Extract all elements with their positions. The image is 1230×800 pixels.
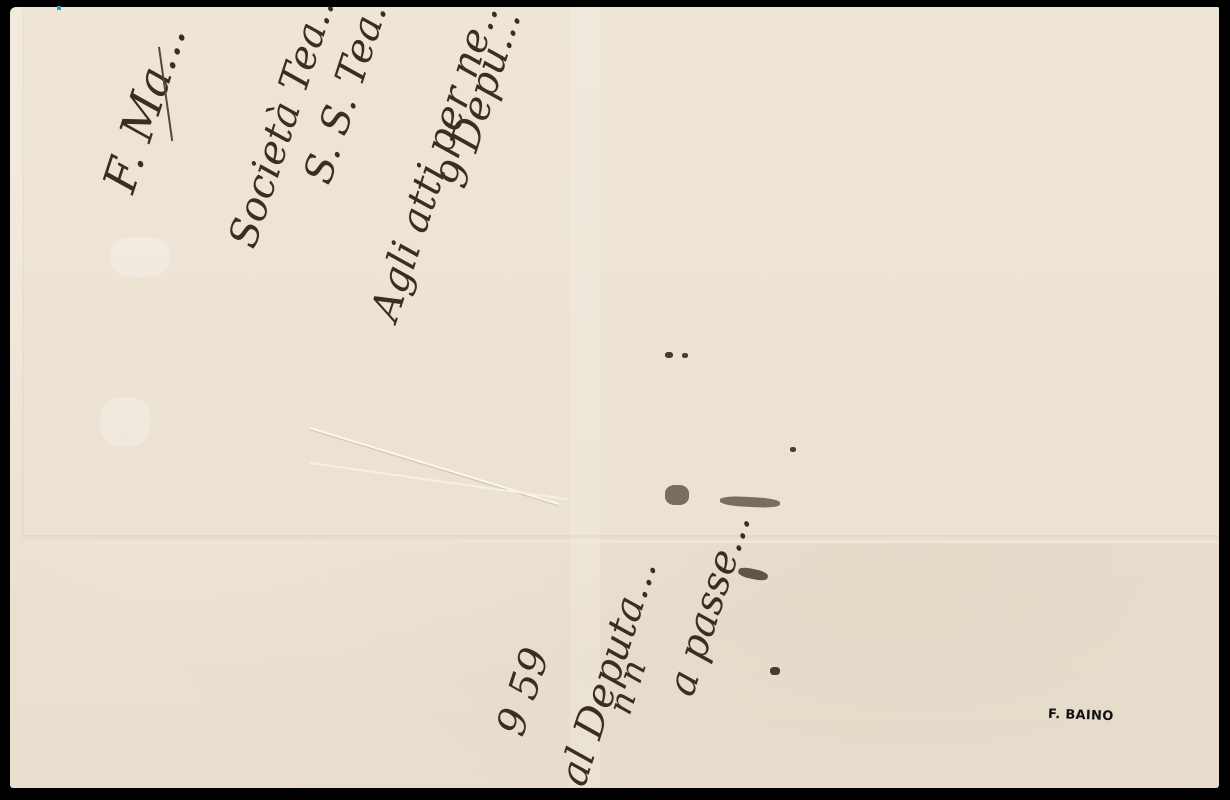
fold-line — [24, 535, 1219, 543]
handwriting-line: 9 59 — [488, 642, 559, 741]
ink-dot — [665, 352, 673, 358]
folded-flap — [24, 7, 1219, 536]
ink-blot — [665, 485, 689, 505]
ink-blot — [737, 566, 768, 582]
ink-dot — [682, 353, 688, 358]
blue-mark — [57, 6, 61, 10]
ink-dot — [770, 667, 780, 675]
paper-crumple — [110, 237, 170, 277]
expert-signature-mark: F. BAINO — [1048, 707, 1114, 724]
paper-crumple — [100, 397, 150, 447]
ink-dot — [790, 447, 796, 452]
letter-paper: F. Ma... Società Tea... S. S. Tea... Agl… — [10, 7, 1219, 788]
